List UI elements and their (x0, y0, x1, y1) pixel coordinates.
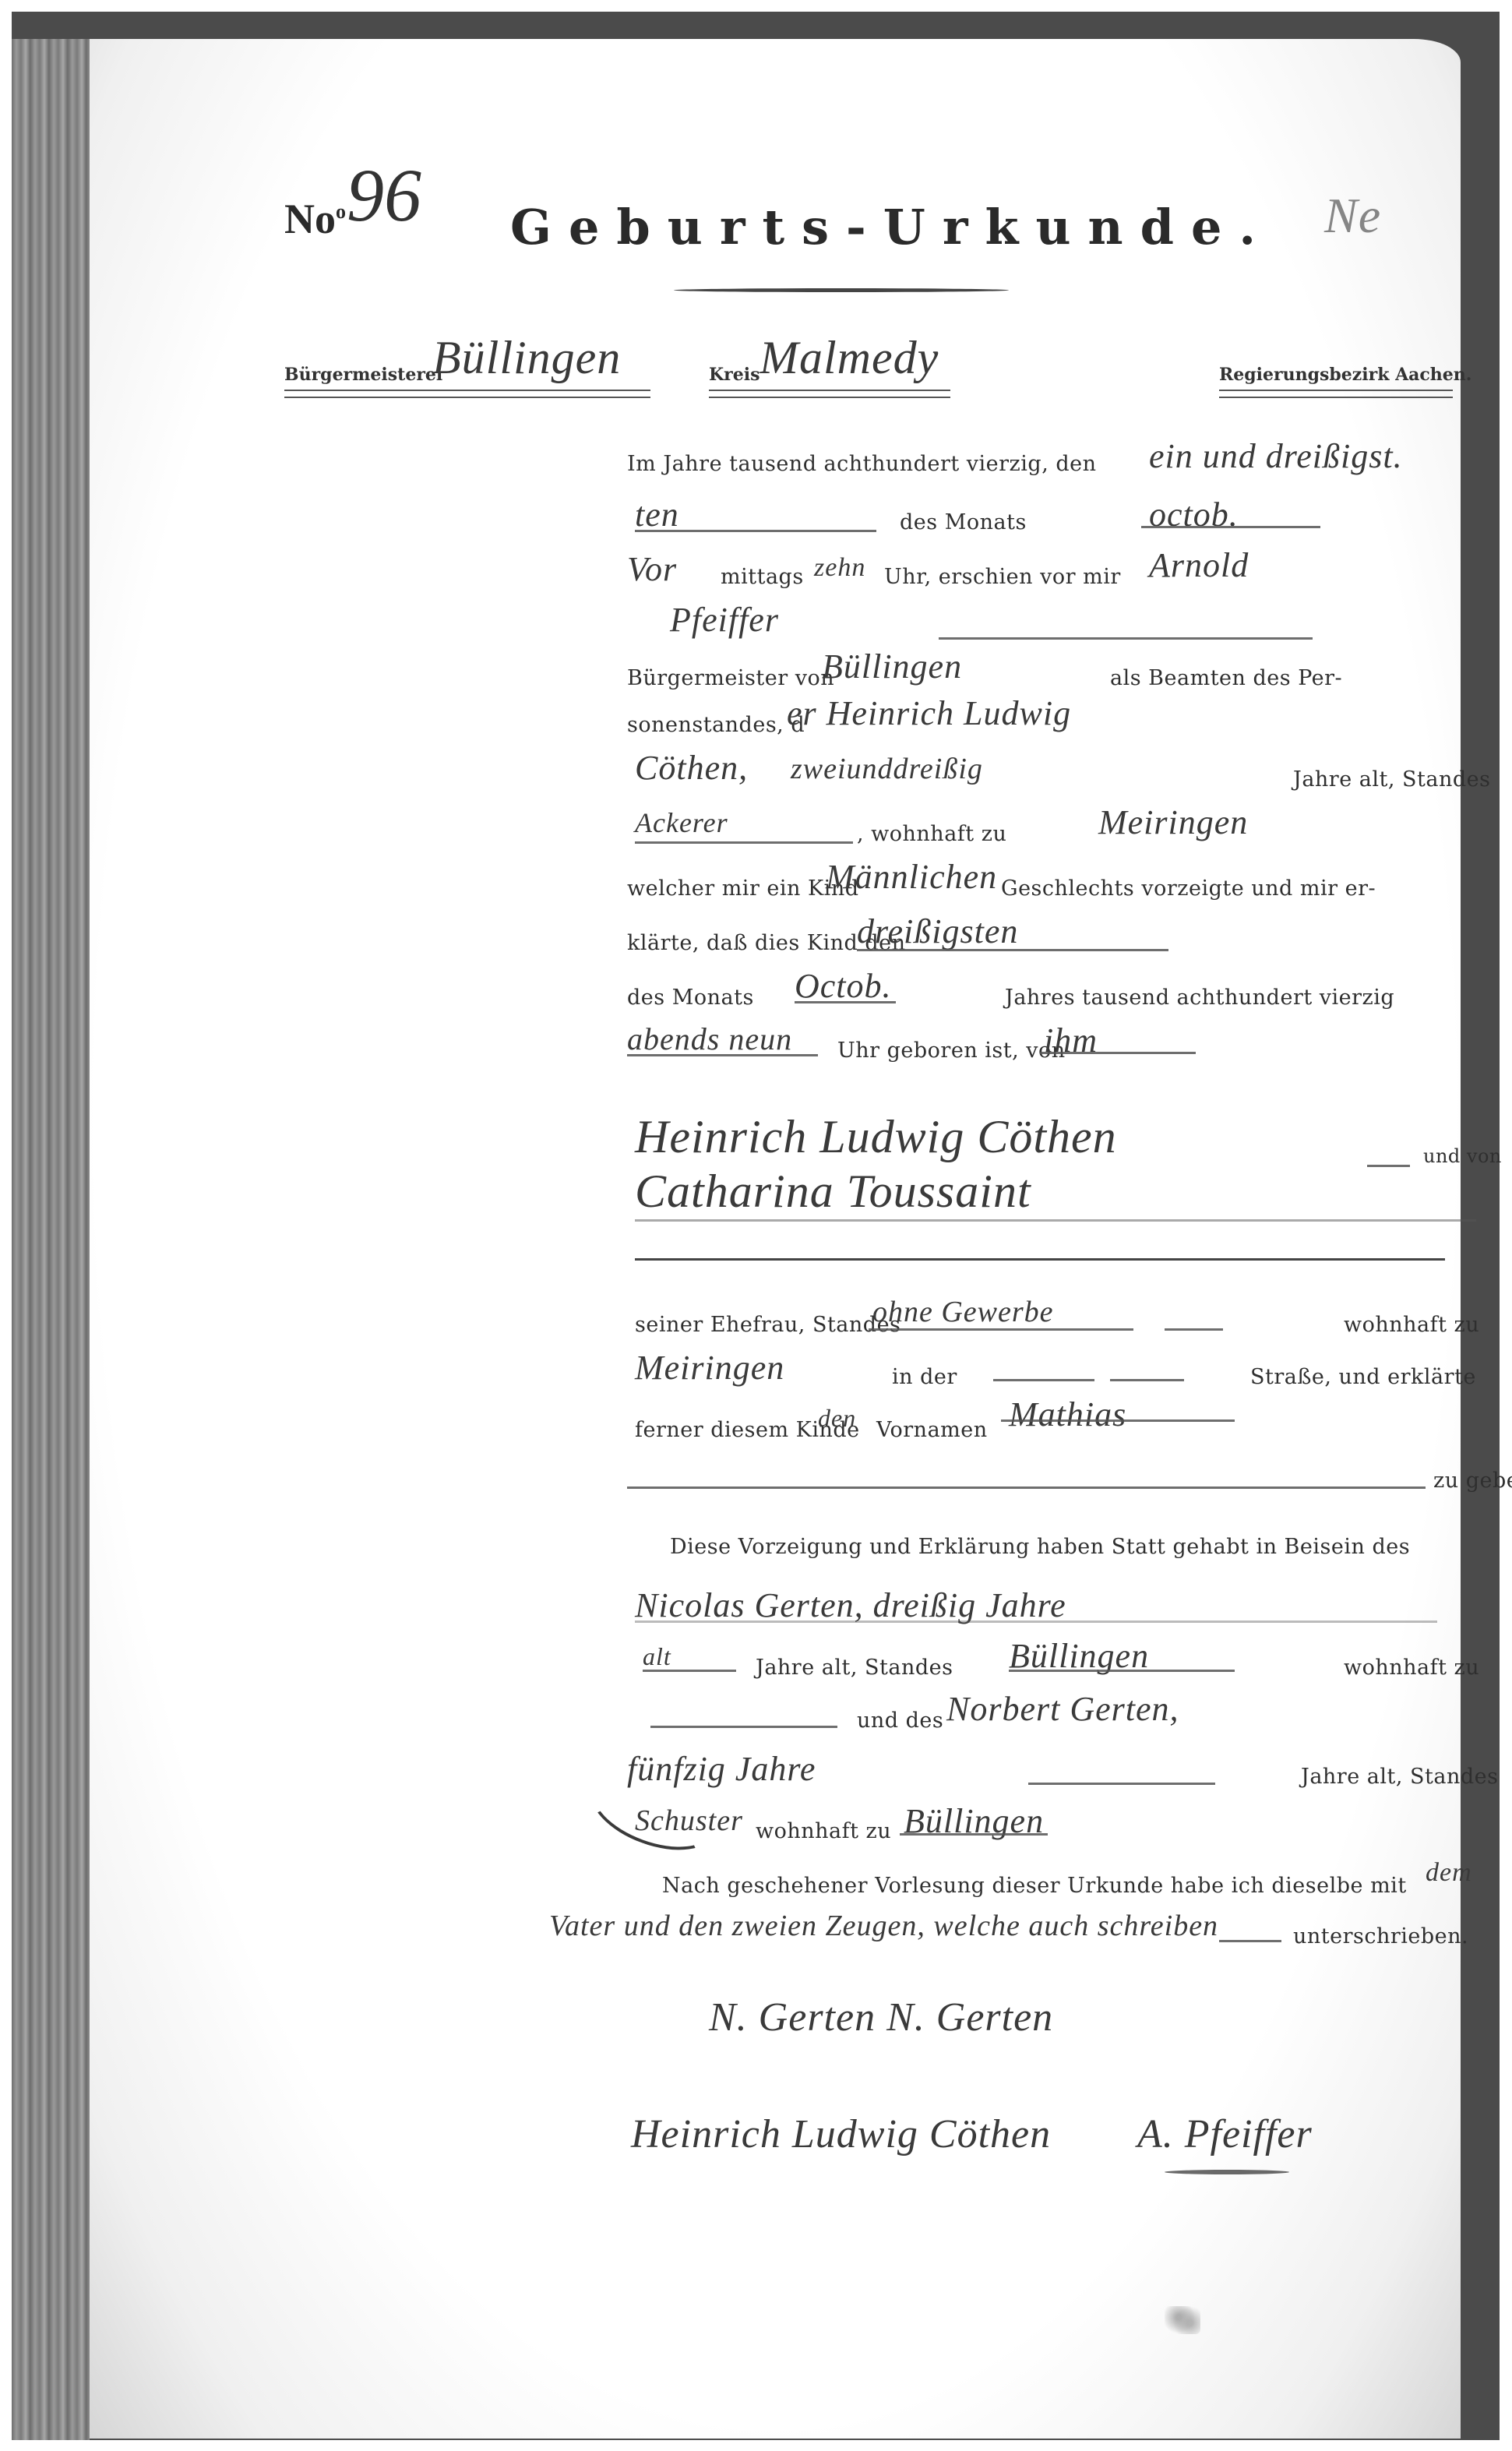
line-16-print-b: Straße, und erklärte (1250, 1365, 1476, 1389)
line-26-hand: Vater und den zweien Zeugen, welche auch… (549, 1909, 1218, 1943)
header-rule-2 (709, 390, 950, 398)
line-11-hand: Octob. (795, 966, 892, 1006)
line-16-print-a: in der (892, 1365, 957, 1389)
fill-line (1165, 1328, 1223, 1331)
line-11-print-a: des Monats (627, 986, 754, 1010)
witness-signatures: N. Gerten N. Gerten (709, 1994, 1053, 2040)
line-21-hand-a: alt (643, 1642, 671, 1671)
fill-line (857, 949, 1168, 951)
line-8-hand: Ackerer (635, 806, 728, 839)
line-17-hand-a: den (818, 1404, 856, 1433)
mother-name: Catharina Toussaint (635, 1165, 1031, 1218)
line-18-print: zu geben. (1433, 1469, 1512, 1493)
page-title: Geburts-Urkunde. (510, 199, 1273, 256)
fill-line (627, 1486, 1426, 1489)
line-9-print-b: Geschlechts vorzeigte und mir er- (1001, 876, 1376, 901)
line-21-print-b: wohnhaft zu (1344, 1656, 1479, 1680)
line-8-hand-b: Meiringen (1098, 802, 1248, 842)
line-3-print-b: Uhr, erschien vor mir (884, 565, 1121, 589)
signature-underline (1165, 2170, 1289, 2174)
margin-note: Ne (1324, 187, 1381, 245)
line-15-print-b: wohnhaft zu (1344, 1313, 1479, 1337)
line-24-hand-a: Schuster (635, 1804, 743, 1838)
book-page-edges (12, 39, 90, 2440)
fill-line (1028, 1783, 1215, 1785)
fill-line (650, 1726, 837, 1728)
line-2-hand-a: ten (635, 495, 679, 534)
line-5-print-a: Bürgermeister von (627, 666, 834, 690)
fill-line (795, 1001, 896, 1003)
stamp-mark (1165, 2306, 1200, 2334)
kreis-label: Kreis (709, 365, 760, 385)
line-1-print: Im Jahre tausend achthundert vierzig, de… (627, 452, 1097, 476)
fill-line (643, 1670, 736, 1672)
line-12-hand: abends neun (627, 1021, 792, 1057)
fill-line (1141, 526, 1320, 528)
witness-2-name: Norbert Gerten, (946, 1689, 1179, 1729)
fill-line (635, 841, 853, 844)
line-15-print-a: seiner Ehefrau, Standes (635, 1313, 901, 1337)
line-25-print: Nach geschehener Vorlesung dieser Urkund… (662, 1874, 1407, 1898)
fill-line (1219, 1940, 1281, 1942)
line-3-hand-c: Arnold (1149, 545, 1249, 585)
fill-line (900, 1833, 1048, 1836)
fill-line (939, 637, 1313, 640)
child-given-name: Mathias (1009, 1395, 1126, 1434)
fill-line (1040, 1052, 1196, 1054)
fill-line (635, 530, 876, 532)
line-24-print: wohnhaft zu (756, 1819, 891, 1843)
line-9-hand: Männlichen (826, 857, 997, 897)
line-10-hand: dreißigsten (857, 912, 1018, 951)
certificate-number: 96 (347, 152, 421, 238)
line-15-hand: ohne Gewerbe (872, 1295, 1054, 1329)
line-8-print: , wohnhaft zu (857, 822, 1006, 846)
fill-line (627, 1054, 818, 1056)
line-1-hand: ein und dreißigst. (1149, 436, 1403, 476)
title-divider (674, 288, 1009, 292)
line-6-print: sonenstandes, d (627, 713, 805, 737)
line-5-print-b: als Beamten des Per- (1110, 666, 1342, 690)
document-page: Noo 96 Geburts-Urkunde. Ne Bürgermeister… (90, 39, 1461, 2439)
fill-line (1009, 1670, 1235, 1672)
line-7-hand-b: zweiunddreißig (791, 752, 983, 786)
line-2-hand-b: octob. (1149, 495, 1239, 534)
line-3-hand-b: zehn (814, 553, 865, 583)
fill-line (1110, 1379, 1184, 1381)
fill-line (993, 1379, 1094, 1381)
line-9-print-a: welcher mir ein Kind (627, 876, 859, 901)
line-7-print: Jahre alt, Standes (1293, 767, 1490, 792)
kreis-value: Malmedy (760, 331, 939, 385)
fill-line (635, 1620, 1437, 1623)
line-26-print: unterschrieben. (1293, 1924, 1468, 1948)
fill-line (1367, 1165, 1410, 1167)
line-23-print: Jahre alt, Standes (1301, 1765, 1498, 1789)
line-3-hand-a: Vor (627, 549, 677, 589)
line-4-hand: Pfeiffer (670, 600, 779, 640)
line-2-print: des Monats (900, 510, 1027, 534)
official-signature: A. Pfeiffer (1137, 2111, 1313, 2157)
number-label: Noo (284, 195, 346, 243)
witness-1-line: Nicolas Gerten, dreißig Jahre (635, 1585, 1066, 1625)
line-3-print-a: mittags (721, 565, 804, 589)
father-name: Heinrich Ludwig Cöthen (635, 1110, 1117, 1164)
line-7-hand-a: Cöthen, (635, 748, 748, 788)
buergermeisterei-value: Büllingen (432, 331, 621, 385)
fill-line (635, 1219, 1476, 1222)
line-5-hand: Büllingen (822, 647, 962, 686)
line-6-hand: er Heinrich Ludwig (787, 693, 1071, 733)
line-19-print: Diese Vorzeigung und Erklärung haben Sta… (670, 1535, 1410, 1559)
buergermeisterei-label: Bürgermeisterei (284, 365, 442, 385)
fill-line (869, 1328, 1133, 1331)
line-12-print: Uhr geboren ist, von (837, 1039, 1066, 1063)
fill-line (1001, 1419, 1235, 1422)
section-rule (635, 1258, 1445, 1261)
line-25-hand: dem (1426, 1858, 1472, 1888)
father-signature: Heinrich Ludwig Cöthen (631, 2111, 1051, 2157)
line-11-print-b: Jahres tausend achthundert vierzig (1005, 986, 1394, 1010)
regierungsbezirk: Regierungsbezirk Aachen. (1219, 365, 1471, 385)
line-12-hand-b: ihm (1044, 1021, 1098, 1060)
line-13-print: und von (1423, 1145, 1502, 1167)
line-17-print-b: Vornamen (876, 1418, 988, 1442)
header-rule-1 (284, 390, 650, 398)
line-21-print-a: Jahre alt, Standes (756, 1656, 953, 1680)
line-16-hand: Meiringen (635, 1348, 784, 1388)
header-rule-3 (1219, 390, 1453, 398)
line-22-print: und des (857, 1709, 943, 1733)
